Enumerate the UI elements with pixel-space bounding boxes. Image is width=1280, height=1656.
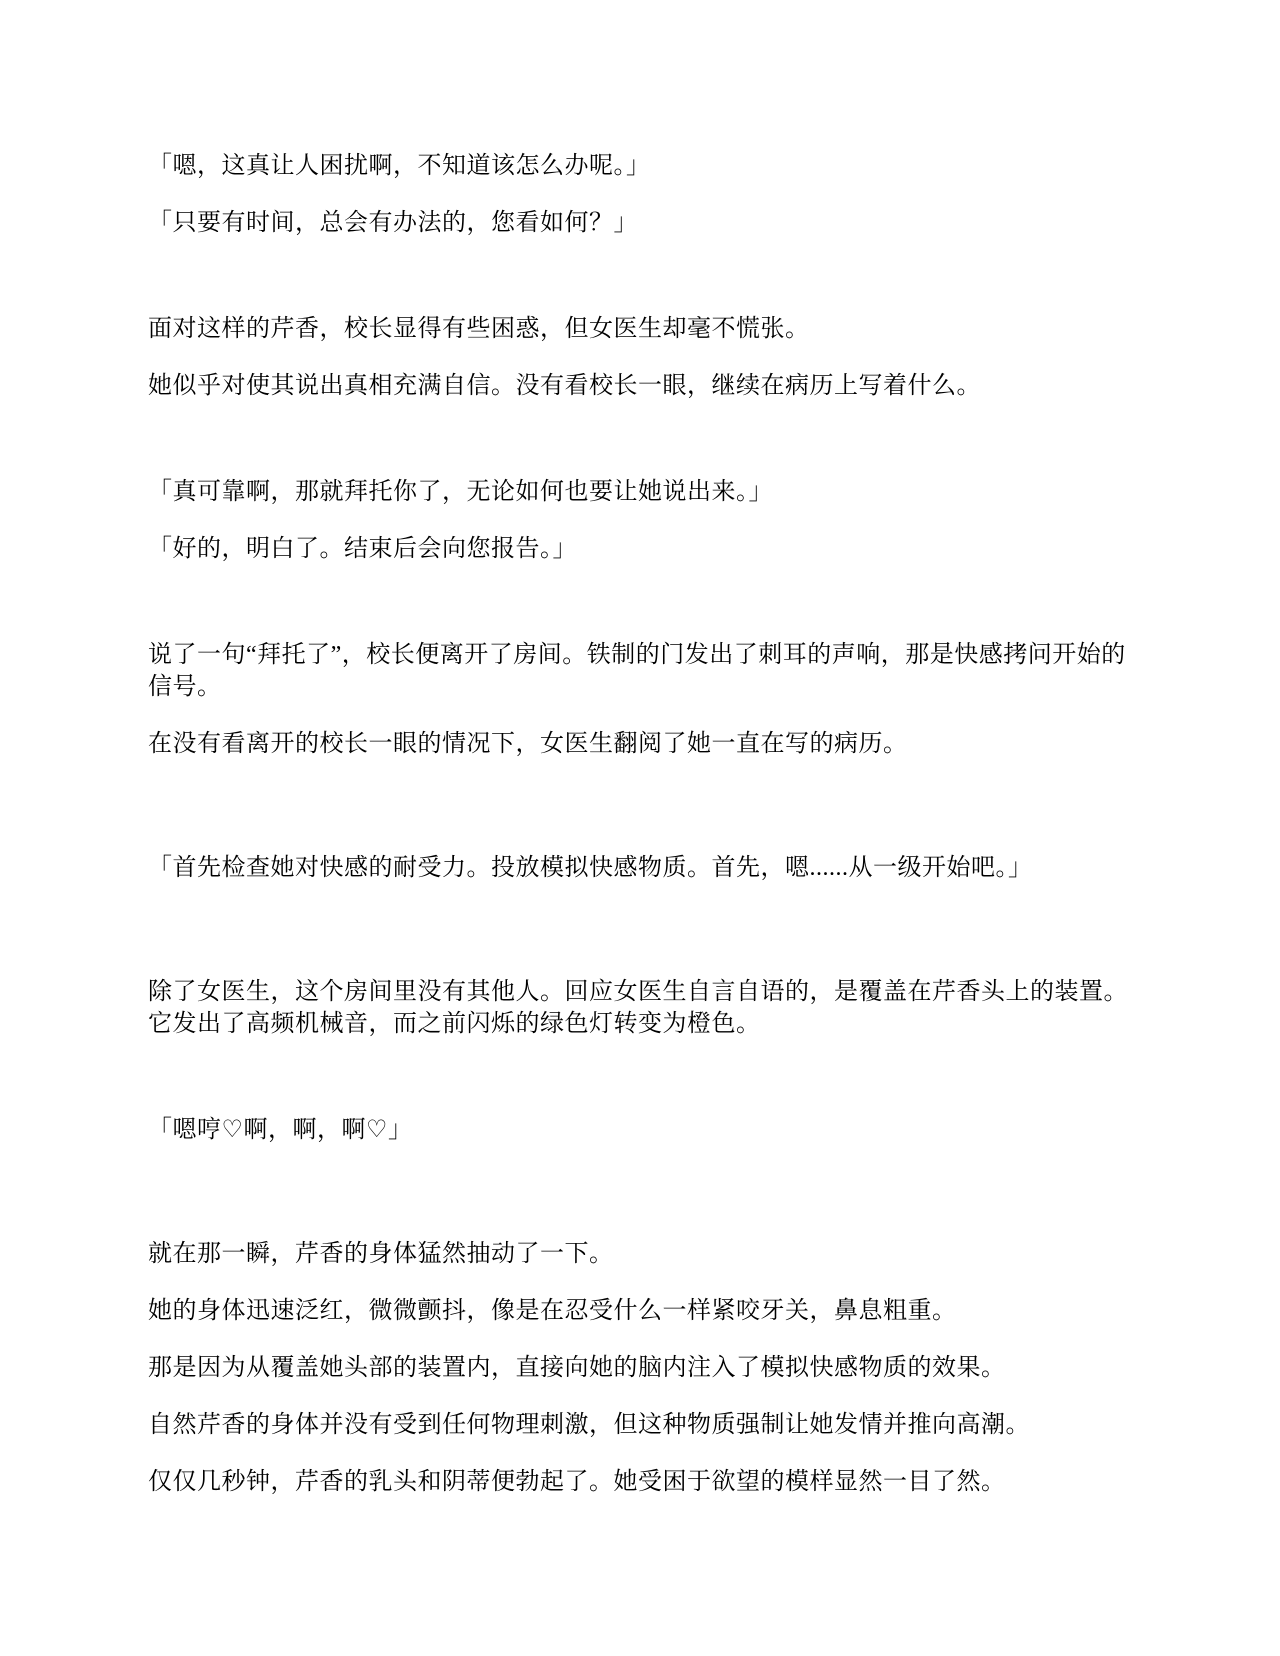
paragraph-dialogue-4: 「好的，明白了。结束后会向您报告。」 — [148, 533, 1138, 565]
paragraph-narration-2: 她似乎对使其说出真相充满自信。没有看校长一眼，继续在病历上写着什么。 — [148, 370, 1138, 402]
page-text-block: 「嗯，这真让人困扰啊，不知道该怎么办呢。」 「只要有时间，总会有办法的，您看如何… — [148, 0, 1138, 1498]
paragraph-narration-7: 她的身体迅速泛红，微微颤抖，像是在忍受什么一样紧咬牙关，鼻息粗重。 — [148, 1295, 1138, 1327]
paragraph-narration-1: 面对这样的芹香，校长显得有些困惑，但女医生却毫不慌张。 — [148, 313, 1138, 345]
paragraph-dialogue-2: 「只要有时间，总会有办法的，您看如何？」 — [148, 207, 1138, 239]
paragraph-narration-10: 仅仅几秒钟，芹香的乳头和阴蒂便勃起了。她受困于欲望的模样显然一目了然。 — [148, 1466, 1138, 1498]
paragraph-narration-8: 那是因为从覆盖她头部的装置内，直接向她的脑内注入了模拟快感物质的效果。 — [148, 1352, 1138, 1384]
paragraph-dialogue-6: 「嗯哼♡啊，啊，啊♡」 — [148, 1114, 1138, 1146]
paragraph-dialogue-3: 「真可靠啊，那就拜托你了，无论如何也要让她说出来。」 — [148, 476, 1138, 508]
paragraph-narration-9: 自然芹香的身体并没有受到任何物理刺激，但这种物质强制让她发情并推向高潮。 — [148, 1409, 1138, 1441]
paragraph-narration-3: 说了一句“拜托了”，校长便离开了房间。铁制的门发出了刺耳的声响，那是快感拷问开始… — [148, 639, 1138, 703]
paragraph-dialogue-5: 「首先检查她对快感的耐受力。投放模拟快感物质。首先，嗯......从一级开始吧。… — [148, 852, 1138, 884]
paragraph-dialogue-1: 「嗯，这真让人困扰啊，不知道该怎么办呢。」 — [148, 150, 1138, 182]
paragraph-narration-6: 就在那一瞬，芹香的身体猛然抽动了一下。 — [148, 1238, 1138, 1270]
paragraph-narration-4: 在没有看离开的校长一眼的情况下，女医生翻阅了她一直在写的病历。 — [148, 728, 1138, 760]
paragraph-narration-5: 除了女医生，这个房间里没有其他人。回应女医生自言自语的，是覆盖在芹香头上的装置。… — [148, 976, 1138, 1040]
document-page: 「嗯，这真让人困扰啊，不知道该怎么办呢。」 「只要有时间，总会有办法的，您看如何… — [0, 0, 1280, 1656]
